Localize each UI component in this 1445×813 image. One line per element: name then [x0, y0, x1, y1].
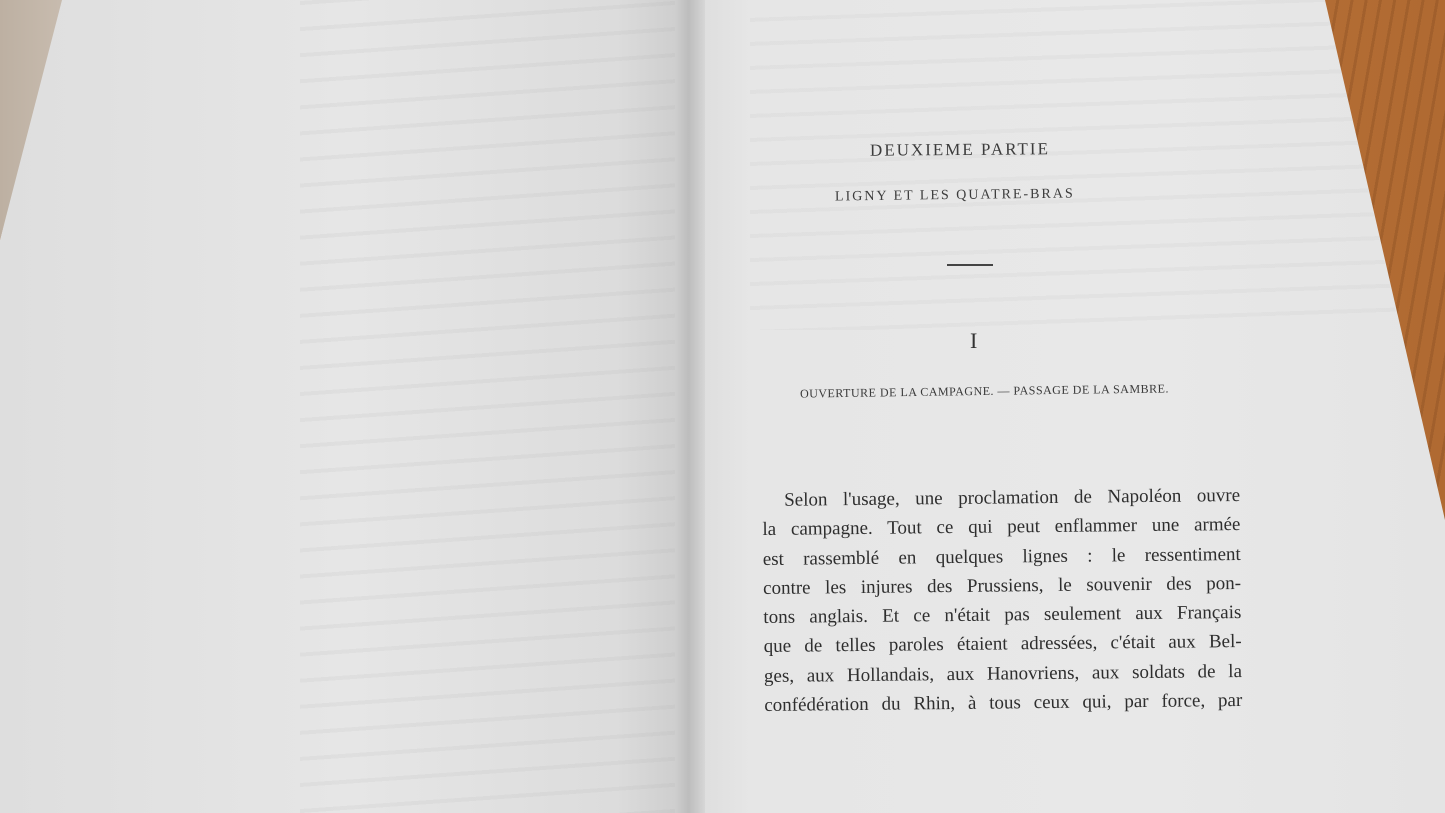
- part-subtitle: LIGNY ET LES QUATRE-BRAS: [835, 187, 1075, 206]
- book-gutter: [675, 0, 705, 813]
- title-divider: [947, 264, 993, 266]
- part-title: DEUXIEME PARTIE: [870, 139, 1050, 161]
- right-page-show-through: [690, 0, 1445, 330]
- body-paragraph: Selon l'usage, une proclamation de Napol…: [762, 481, 1242, 720]
- body-line: confédération du Rhin, à tous ceux qui, …: [764, 686, 1242, 720]
- body-line: que de telles paroles étaient adressées,…: [764, 627, 1242, 661]
- body-line: la campagne. Tout ce qui peut enflammer …: [762, 510, 1240, 544]
- chapter-number: I: [970, 328, 977, 354]
